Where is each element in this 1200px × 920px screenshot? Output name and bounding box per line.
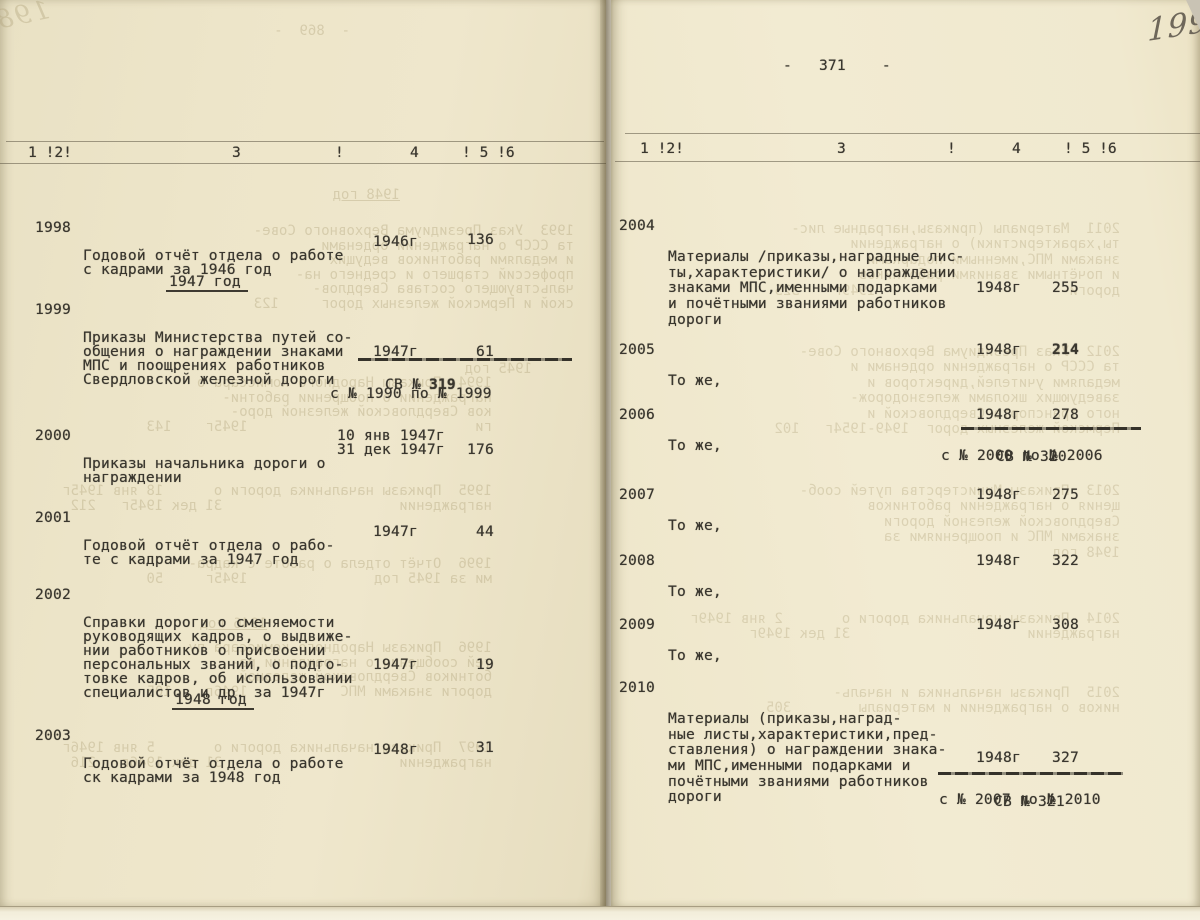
entry-number: 2005 [619, 342, 655, 358]
entry-pages: 176 [450, 443, 494, 457]
entry-number: 1998 [35, 221, 71, 235]
entry-number: 2010 [619, 680, 655, 696]
bundle-range-320: с № 2000 по № 2006 [941, 448, 1103, 464]
entry-pages: 61 [450, 345, 494, 359]
entry-pages: 255 [1037, 280, 1079, 296]
entry-date: 1947г [373, 345, 418, 359]
bleedthrough-folio: 198 [0, 3, 51, 28]
bundle-rule [961, 427, 1141, 430]
entry-date: 1948г [976, 617, 1021, 633]
entry-date: 1948г [373, 743, 418, 757]
entry-number: 2004 [619, 218, 655, 234]
entry-pages: 327 [1037, 750, 1079, 766]
left-page: - 869 - 198 1948 год 1993 Указ Президиум… [0, 0, 606, 906]
entry-number: 2006 [619, 407, 655, 423]
bleedthrough-page-number: - 869 - [250, 24, 350, 39]
entry-date: 1948г [976, 487, 1021, 503]
column-header-4: 4 [1012, 140, 1021, 157]
entry-date: 1948г [976, 553, 1021, 569]
entry-date: 1948г [976, 407, 1021, 423]
year-heading-1948: 1948 год [172, 693, 254, 710]
entry-pages: 278 [1037, 407, 1079, 423]
entry-description: Годовой отчёт отдела о работе ск кадрами… [83, 757, 379, 785]
column-header-4: 4 [410, 144, 419, 161]
entry-description: Приказы начальника дороги о награждении [83, 457, 379, 485]
bundle-rule [938, 772, 1123, 775]
entry-description: То же, [668, 373, 980, 389]
entry-number: 2000 [35, 429, 71, 443]
entry-number: 2003 [35, 729, 71, 743]
entry-pages: 31 [450, 741, 494, 755]
entry-date: 1948г [976, 280, 1021, 296]
year-heading-1947: 1947 год [166, 275, 248, 292]
column-header-1-2: 1 !2! [28, 144, 72, 161]
column-header-5-6: ! 5 !6 [462, 144, 515, 161]
ruler-line-top [6, 141, 604, 142]
entry-date: 1947г [373, 658, 418, 672]
entry-number: 1999 [35, 303, 71, 317]
entry-pages: 19 [450, 658, 494, 672]
entry-pages: 214 [1037, 342, 1079, 358]
scanned-book-spread: - 869 - 198 1948 год 1993 Указ Президиум… [0, 0, 1200, 920]
entry-number: 2009 [619, 617, 655, 633]
column-header-3: 3 [837, 140, 846, 157]
entry-number: 2001 [35, 511, 71, 525]
entry-number: 2008 [619, 553, 655, 569]
entry-date: 1947г [373, 525, 418, 539]
entry-pages: 322 [1037, 553, 1079, 569]
entry-number: 2002 [35, 588, 71, 602]
entry-description: Справки дороги о сменяемости руководящих… [83, 616, 379, 700]
bleedthrough-text: 1995 Приказы начальника дороги о 18 янв … [18, 484, 492, 513]
ruler-line-bottom [0, 163, 606, 164]
handwritten-folio-number: 199 [1147, 3, 1200, 49]
column-header-3: 3 [232, 144, 241, 161]
ruler-line-bottom [615, 161, 1200, 162]
entry-description: Приказы Министерства путей со- общения о… [83, 331, 379, 387]
entry-date: 1948г [976, 750, 1021, 766]
entry-description: То же, [668, 648, 980, 664]
entry-date: 10 янв 1947г 31 дек 1947г [337, 429, 445, 457]
column-header-sep: ! [947, 140, 956, 157]
entry-number: 2007 [619, 487, 655, 503]
entry-description: Материалы (приказы,наград- ные листы,хар… [668, 711, 980, 805]
entry-description: То же, [668, 584, 980, 600]
bundle-range-321: с № 2007 по № 2010 [939, 792, 1101, 808]
right-page: 2011 Материалы (приказы,наградные лис- т… [611, 0, 1200, 906]
entry-pages: 136 [450, 233, 494, 247]
bundle-range-319: с № 1990 по № 1999 [330, 387, 492, 401]
book-edge-strip [0, 906, 1200, 920]
ruler-line-top [625, 133, 1200, 134]
entry-description: То же, [668, 438, 980, 454]
column-header-5-6: ! 5 !6 [1064, 140, 1117, 157]
bleedthrough-heading: 1948 год [328, 188, 400, 203]
entry-pages: 275 [1037, 487, 1079, 503]
bundle-rule [358, 358, 572, 361]
entry-description: То же, [668, 518, 980, 534]
entry-pages: 308 [1037, 617, 1079, 633]
entry-pages: 44 [450, 525, 494, 539]
entry-date: 1948г [976, 342, 1021, 358]
column-header-1-2: 1 !2! [640, 140, 684, 157]
page-number: - 371 - [783, 58, 891, 74]
entry-date: 1946г [373, 235, 418, 249]
column-header-sep: ! [335, 144, 344, 161]
bleedthrough-text: 2012 Указ Президиума Верховного Сове- та… [646, 345, 1120, 437]
entry-description: Материалы /приказы,наградные лис- ты,хар… [668, 249, 980, 327]
entry-description: Годовой отчёт отдела о рабо- те с кадрам… [83, 539, 379, 567]
